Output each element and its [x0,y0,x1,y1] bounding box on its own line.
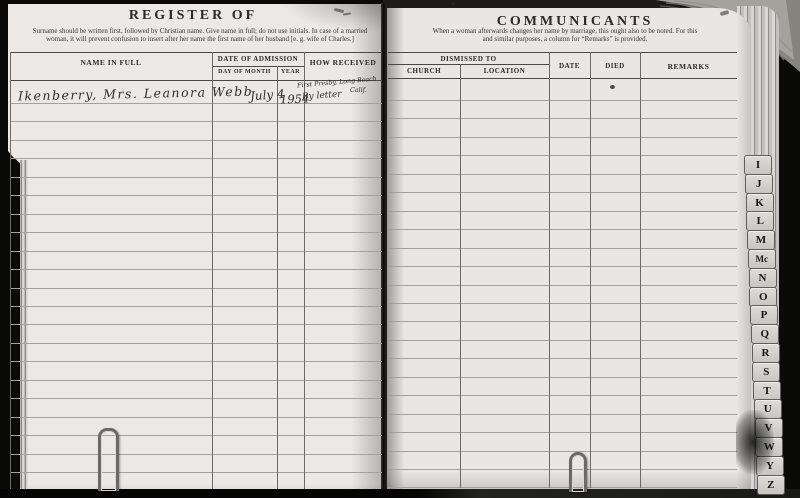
index-tab-p: P [750,305,778,325]
ruled-line [10,398,382,399]
paper-clip-right [569,452,587,492]
ruled-line [388,100,737,101]
right-table-top-line [388,52,737,53]
ruled-line [10,435,382,436]
index-tab-n: N [749,268,777,288]
index-tab-q: Q [751,324,779,344]
right-page [386,8,751,490]
ruled-line [10,472,382,473]
scanned-register-book-photo: REGISTER OF COMMUNICANTS Surname should … [0,0,800,498]
ruled-line [388,192,737,193]
ruled-line [388,377,737,378]
scan-smudge [452,2,455,5]
ruled-line [388,451,737,452]
dark-smudge [736,410,774,474]
right-header-bottom-line [388,78,737,79]
ruled-line [388,432,737,433]
right-page-instructions: When a woman afterwards changes her name… [405,27,725,43]
background-bottom-strip [0,489,800,498]
ruled-line [388,358,737,359]
book-gutter [381,3,387,491]
ruled-line [10,251,382,252]
left-page-stack-edge [20,160,28,491]
index-tab-l: L [746,211,774,231]
left-page-instructions: Surname should be written first, followe… [30,27,370,43]
ruled-line [10,121,382,122]
paper-clip-left [98,428,119,491]
left-table-top-line [10,52,382,53]
index-tab-o: O [749,287,777,307]
ruled-line [388,137,737,138]
died-remarks-divider [640,52,641,488]
col-date: DATE [549,62,590,70]
entry-received-place-handwriting: Calif. [350,87,367,94]
index-tab-t: T [753,381,781,401]
index-tab-k: K [746,193,774,213]
col-dismissed-to: DISMISSED TO [388,55,549,63]
index-tab-s: S [752,362,780,382]
ruled-line [388,303,737,304]
ruled-line [10,140,382,141]
col-year: YEAR [277,69,304,75]
ruled-line [10,324,382,325]
location-date-divider [549,52,550,488]
index-tab-i: I [744,155,772,175]
col-remarks: REMARKS [640,62,737,71]
date-received-divider [304,52,305,489]
dismissed-underline [388,64,549,65]
left-page [0,0,386,498]
date-died-divider [590,52,591,488]
col-died: DIED [590,62,640,70]
ruled-line [10,269,382,270]
ruled-line [10,361,382,362]
day-year-divider [277,66,278,489]
index-tab-z: Z [757,475,785,495]
admission-underline [212,66,304,67]
ruled-line [10,158,382,159]
ruled-line [10,343,382,344]
ruled-line [388,395,737,396]
ruled-line [10,288,382,289]
index-tab-m: M [747,230,775,250]
col-church: CHURCH [388,67,460,75]
ruled-line [388,469,737,470]
index-tab-j: J [745,174,773,194]
ruled-line [388,248,737,249]
ruled-line [388,174,737,175]
ruled-line [10,306,382,307]
col-day-of-month: DAY OF MONTH [212,69,277,75]
left-table-left-border [10,52,11,489]
ruled-line [10,454,382,455]
ruled-line [388,211,737,212]
ruled-line [10,232,382,233]
ruled-line [10,103,382,104]
ruled-line [388,118,737,119]
ruled-line [388,285,737,286]
index-tab-mc: Mc [748,249,776,269]
index-tab-r: R [752,343,780,363]
church-location-divider [460,64,461,488]
ruled-line [388,414,737,415]
died-column-mark [610,85,615,89]
ruled-line [10,380,382,381]
left-page-title: REGISTER OF [78,8,308,24]
ruled-line [10,214,382,215]
ruled-line [388,266,737,267]
ruled-line [10,417,382,418]
ruled-line [388,487,737,488]
col-location: LOCATION [460,67,549,75]
ruled-line [388,229,737,230]
name-date-divider [212,52,213,489]
ruled-line [10,195,382,196]
col-name-in-full: NAME IN FULL [10,58,212,67]
ruled-line [10,177,382,178]
ruled-line [388,340,737,341]
ruled-line [388,155,737,156]
col-how-received: HOW RECEIVED [304,58,382,67]
ruled-line [388,321,737,322]
col-date-of-admission: DATE OF ADMISSION [212,55,304,63]
